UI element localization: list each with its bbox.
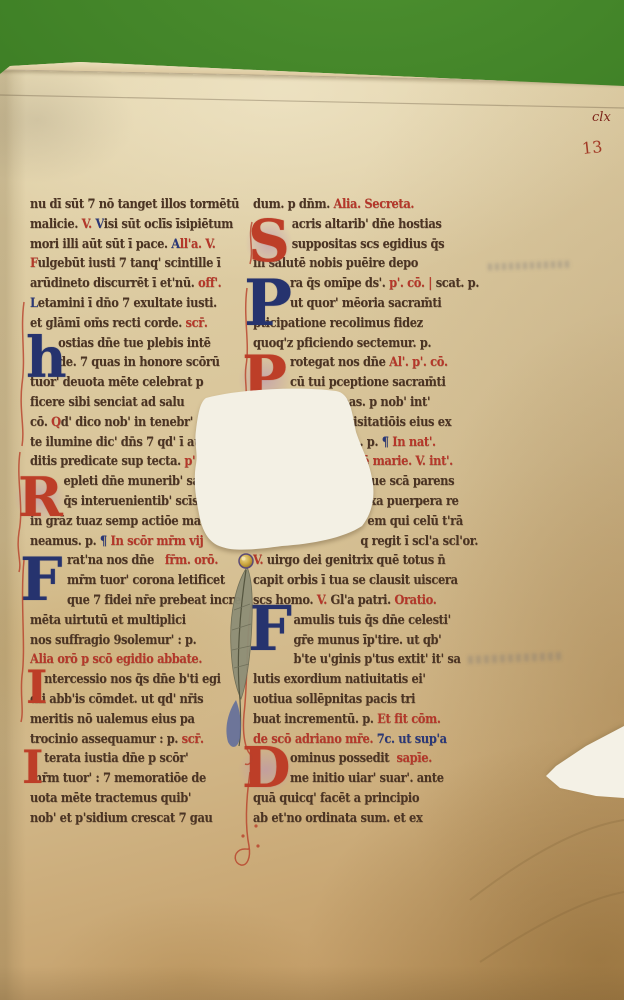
decorated-initial-I: I [26,664,48,710]
decorated-initial-P: P [242,348,287,408]
text-segment-ink: scat. p. [436,276,479,291]
text-segment-ink: lutis exordium natiuitatis ei' [253,672,426,687]
text-segment-red: sapīe. [397,751,432,766]
manuscript-line: meritis nō ualemus eius pa [30,712,241,732]
manuscript-line: nos suffragio 9solemur' : p. [30,633,241,653]
text-segment-ink: capit orbis ī tua se clausit uiscera [253,573,458,588]
text-segment-ink: me initio uiar' suar'. ante [290,771,444,786]
text-segment-ink: q̄s interuenientib' scīs t' [63,494,209,509]
text-segment-red: Q [51,415,61,430]
text-segment-red: Et fit cōm. [377,712,440,727]
manuscript-line: mr̄m tuor' : 7 memoratiōe de [30,771,241,791]
text-segment-red: scr̄. [185,316,207,331]
text-segment-red: ē marie. V. int'. [362,454,453,469]
text-segment-red: scr̄. [182,732,204,747]
text-segment-red: V. [253,553,267,568]
text-segment-ink: buat incrementū. p. [253,712,377,727]
text-segment-ink: ominus possedit [290,751,397,766]
text-segment-ink: na. p. [345,435,382,450]
text-segment-ink: epleti dn̄e munerib' sa [63,474,199,489]
manuscript-line: na. p. ¶ In nat'. [253,435,479,455]
manuscript-line: capit orbis ī tua se clausit uiscera [253,573,479,593]
text-segment-ink: ut uisitatiōis eius ex [329,415,451,430]
manuscript-line: q regit ī scl'a scl'or. [253,534,479,554]
text-segment-ink: ntercessio nos q̄s dn̄e b'ti egi [44,672,221,687]
text-segment-ink: ra q̄s omīpe ds'. [290,276,389,291]
text-segment-ink: ab et'no ordinata sum. et ex [253,811,422,826]
decorated-initial-P: P [244,272,292,336]
manuscript-line: mori illi aūt sūt ī pace. All'a. V. [30,237,241,257]
manuscript-line: ab et'no ordinata sum. et ex [253,811,479,831]
text-segment-ink: mr̄m tuor' : 7 memoratiōe de [30,771,206,786]
text-segment-red: V. [317,593,331,608]
text-segment-blue: 7c. ut sup'a [377,732,447,747]
manuscript-line: arūdineto discurrēt ī et'nū. off'. [30,276,241,296]
text-column-left: nu dī sūt 7 nō tanget illos tormētūmalic… [30,197,270,831]
text-segment-blue: L [30,296,38,311]
text-segment-ink: amulis tuis q̄s dn̄e celesti' [293,613,450,628]
manuscript-line: te ilumine dic' dn̄s 7 qd' ī au [30,435,241,455]
manuscript-line: mēta uirtutū et multiplici [30,613,241,633]
text-segment-red: ll'a. V. [180,237,216,252]
text-segment-ink: gr̄e munus īp'tire. ut qb' [293,633,441,648]
manuscript-line: lutis exordium natiuitatis ei' [253,672,479,692]
text-segment-ink: cō. [30,415,51,430]
text-segment-red: F [30,256,38,271]
decorated-initial-I: I [22,744,44,790]
manuscript-line: ntercessio nos q̄s dn̄e b'ti egi [30,672,241,692]
text-segment-ink: mori illi aūt sūt ī pace. [30,237,171,252]
manuscript-line: ue scā parens [253,474,479,494]
text-segment-ink: suppositas scs egidius q̄s [292,237,444,252]
text-segment-ink: ut quor' mēoria sacram̄ti [290,296,441,311]
text-segment-red: Al'. p'. cō. [389,355,448,370]
text-segment-ink: ostias dn̄e tue plebis intē [58,336,210,351]
text-segment-blue: V [95,217,103,232]
text-segment-ink: etamini ī dn̄o 7 exultate iusti. [38,296,217,311]
manuscript-line: V. uirgo dei genitrix quē totus n̄ [253,553,479,573]
text-segment-ink: d' dico nob' in tenebr' [61,415,193,430]
text-segment-blue: ¶ [382,435,393,450]
folio-number-roman: clx [592,110,611,125]
text-segment-red: fr̄m. orō. [165,553,218,568]
text-segment-ink: malicie. [30,217,82,232]
manuscript-line: malicie. V. Visi sūt oclīs īsipiētum [30,217,241,237]
decorated-initial-R: R [18,470,63,524]
text-segment-ink: em qui celū t'rā [367,514,463,529]
text-segment-ink: rat'na nos dn̄e [67,553,165,568]
text-segment-ink: rotegat nos dn̄e [290,355,389,370]
text-segment-ink: de. 7 quas in honore scōrū [58,355,219,370]
manuscript-line: ixa puerpera re [253,494,479,514]
manuscript-line: trocinio assequamur : p. scr̄. [30,732,241,752]
manuscript-line: ut uisitatiōis eius ex [253,415,479,435]
text-segment-ink: nu dī sūt 7 nō tanget illos tormētū [30,197,239,212]
manuscript-line: Letamini ī dn̄o 7 exultate iusti. [30,296,241,316]
decorated-initial-D: D [242,740,291,796]
manuscript-line: uota mēte tractemus quib' [30,791,241,811]
text-segment-blue: ¶ [100,534,111,549]
text-segment-ink: uota mēte tractemus quib' [30,791,191,806]
text-segment-ink: isi sūt oclīs īsipiētum [104,217,233,232]
text-segment-ink: ue scā parens [371,474,454,489]
text-segment-ink: ulgebūt iusti 7 tanq' scintille ī [38,256,221,271]
text-segment-red: Alia. Secreta. [334,197,415,212]
text-segment-ink: b'te u'ginis p'tus extit' it' sa [293,652,460,667]
text-segment-ink: cū tui pceptione sacram̄ti [290,375,445,390]
manuscript-line: Fulgebūt iusti 7 tanq' scintille ī [30,256,241,276]
text-segment-ink: uirgo dei genitrix quē totus n̄ [267,553,446,568]
text-segment-red: p'. cō. | [389,276,436,291]
decorated-initial-H: h [26,330,67,386]
text-segment-ink: trocinio assequamur : p. [30,732,182,747]
manuscript-line: terata iustia dn̄e p scōr' [30,751,241,771]
text-segment-ink: nob' et p'sidium crescat 7 gau [30,811,212,826]
manuscript-line: dii abb'is cōmdet. ut qd' nr̄is [30,692,241,712]
text-segment-ink: meritis nō ualemus eius pa [30,712,195,727]
text-segment-ink: mr̄m tuor' corona letificet [67,573,225,588]
folio-number-arabic: 13 [581,137,603,158]
text-segment-ink: uotiua sollēpnitas pacis tri [253,692,415,707]
manuscript-line: nu dī sūt 7 nō tanget illos tormētū [30,197,241,217]
text-segment-ink: te ilumine dic' dn̄s 7 qd' ī au [30,435,202,450]
text-segment-ink: nos suffragio 9solemur' : p. [30,633,196,648]
decorated-initial-F: F [20,550,63,610]
decorated-initial-F: F [248,598,292,660]
text-segment-ink: terata iustia dn̄e p scōr' [44,751,188,766]
text-segment-red: p'. [184,454,198,469]
text-segment-red: Oratio. [394,593,436,608]
text-segment-ink: arūdineto discurrēt ī et'nū. [30,276,198,291]
manuscript-line: em qui celū t'rā [253,514,479,534]
text-segment-ink: Gl'a patri. [331,593,395,608]
text-segment-ink: dii abb'is cōmdet. ut qd' nr̄is [30,692,203,707]
text-segment-red: off'. [198,276,221,291]
page-top-edge [0,56,624,84]
manuscript-line: ficere sibi senciat ad salu [30,395,241,415]
text-segment-ink: q regit ī scl'a scl'or. [360,534,478,549]
manuscript-photo: clx 13 nu dī sūt 7 nō tanget illos tormē… [0,0,624,1000]
text-segment-red: In scōr mr̄m vij [110,534,203,549]
manuscript-line: ē marie. V. int'. [253,454,479,474]
manuscript-line: buat incrementū. p. Et fit cōm. [253,712,479,732]
text-segment-ink: acris altarib' dn̄e hostias [292,217,442,232]
decorated-initial-S: S [248,212,290,270]
manuscript-line: uotiua sollēpnitas pacis tri [253,692,479,712]
text-segment-ink: que 7 fidei nr̄e prebeat incre [67,593,241,608]
manuscript-line: cō. Qd' dico nob' in tenebr' [30,415,241,435]
manuscript-line: nob' et p'sidium crescat 7 gau [30,811,241,831]
text-segment-red: In nat'. [392,435,435,450]
text-segment-ink: ixa puerpera re [366,494,459,509]
text-segment-ink: ficere sibi senciat ad salu [30,395,184,410]
manuscript-line: Alia orō p scō egidio abbate. [30,652,241,672]
text-segment-red: V. [82,217,96,232]
parchment-page: clx 13 nu dī sūt 7 nō tanget illos tormē… [0,0,624,1000]
text-segment-blue: A [171,237,180,252]
text-segment-red: Alia orō p scō egidio abbate. [30,652,202,667]
